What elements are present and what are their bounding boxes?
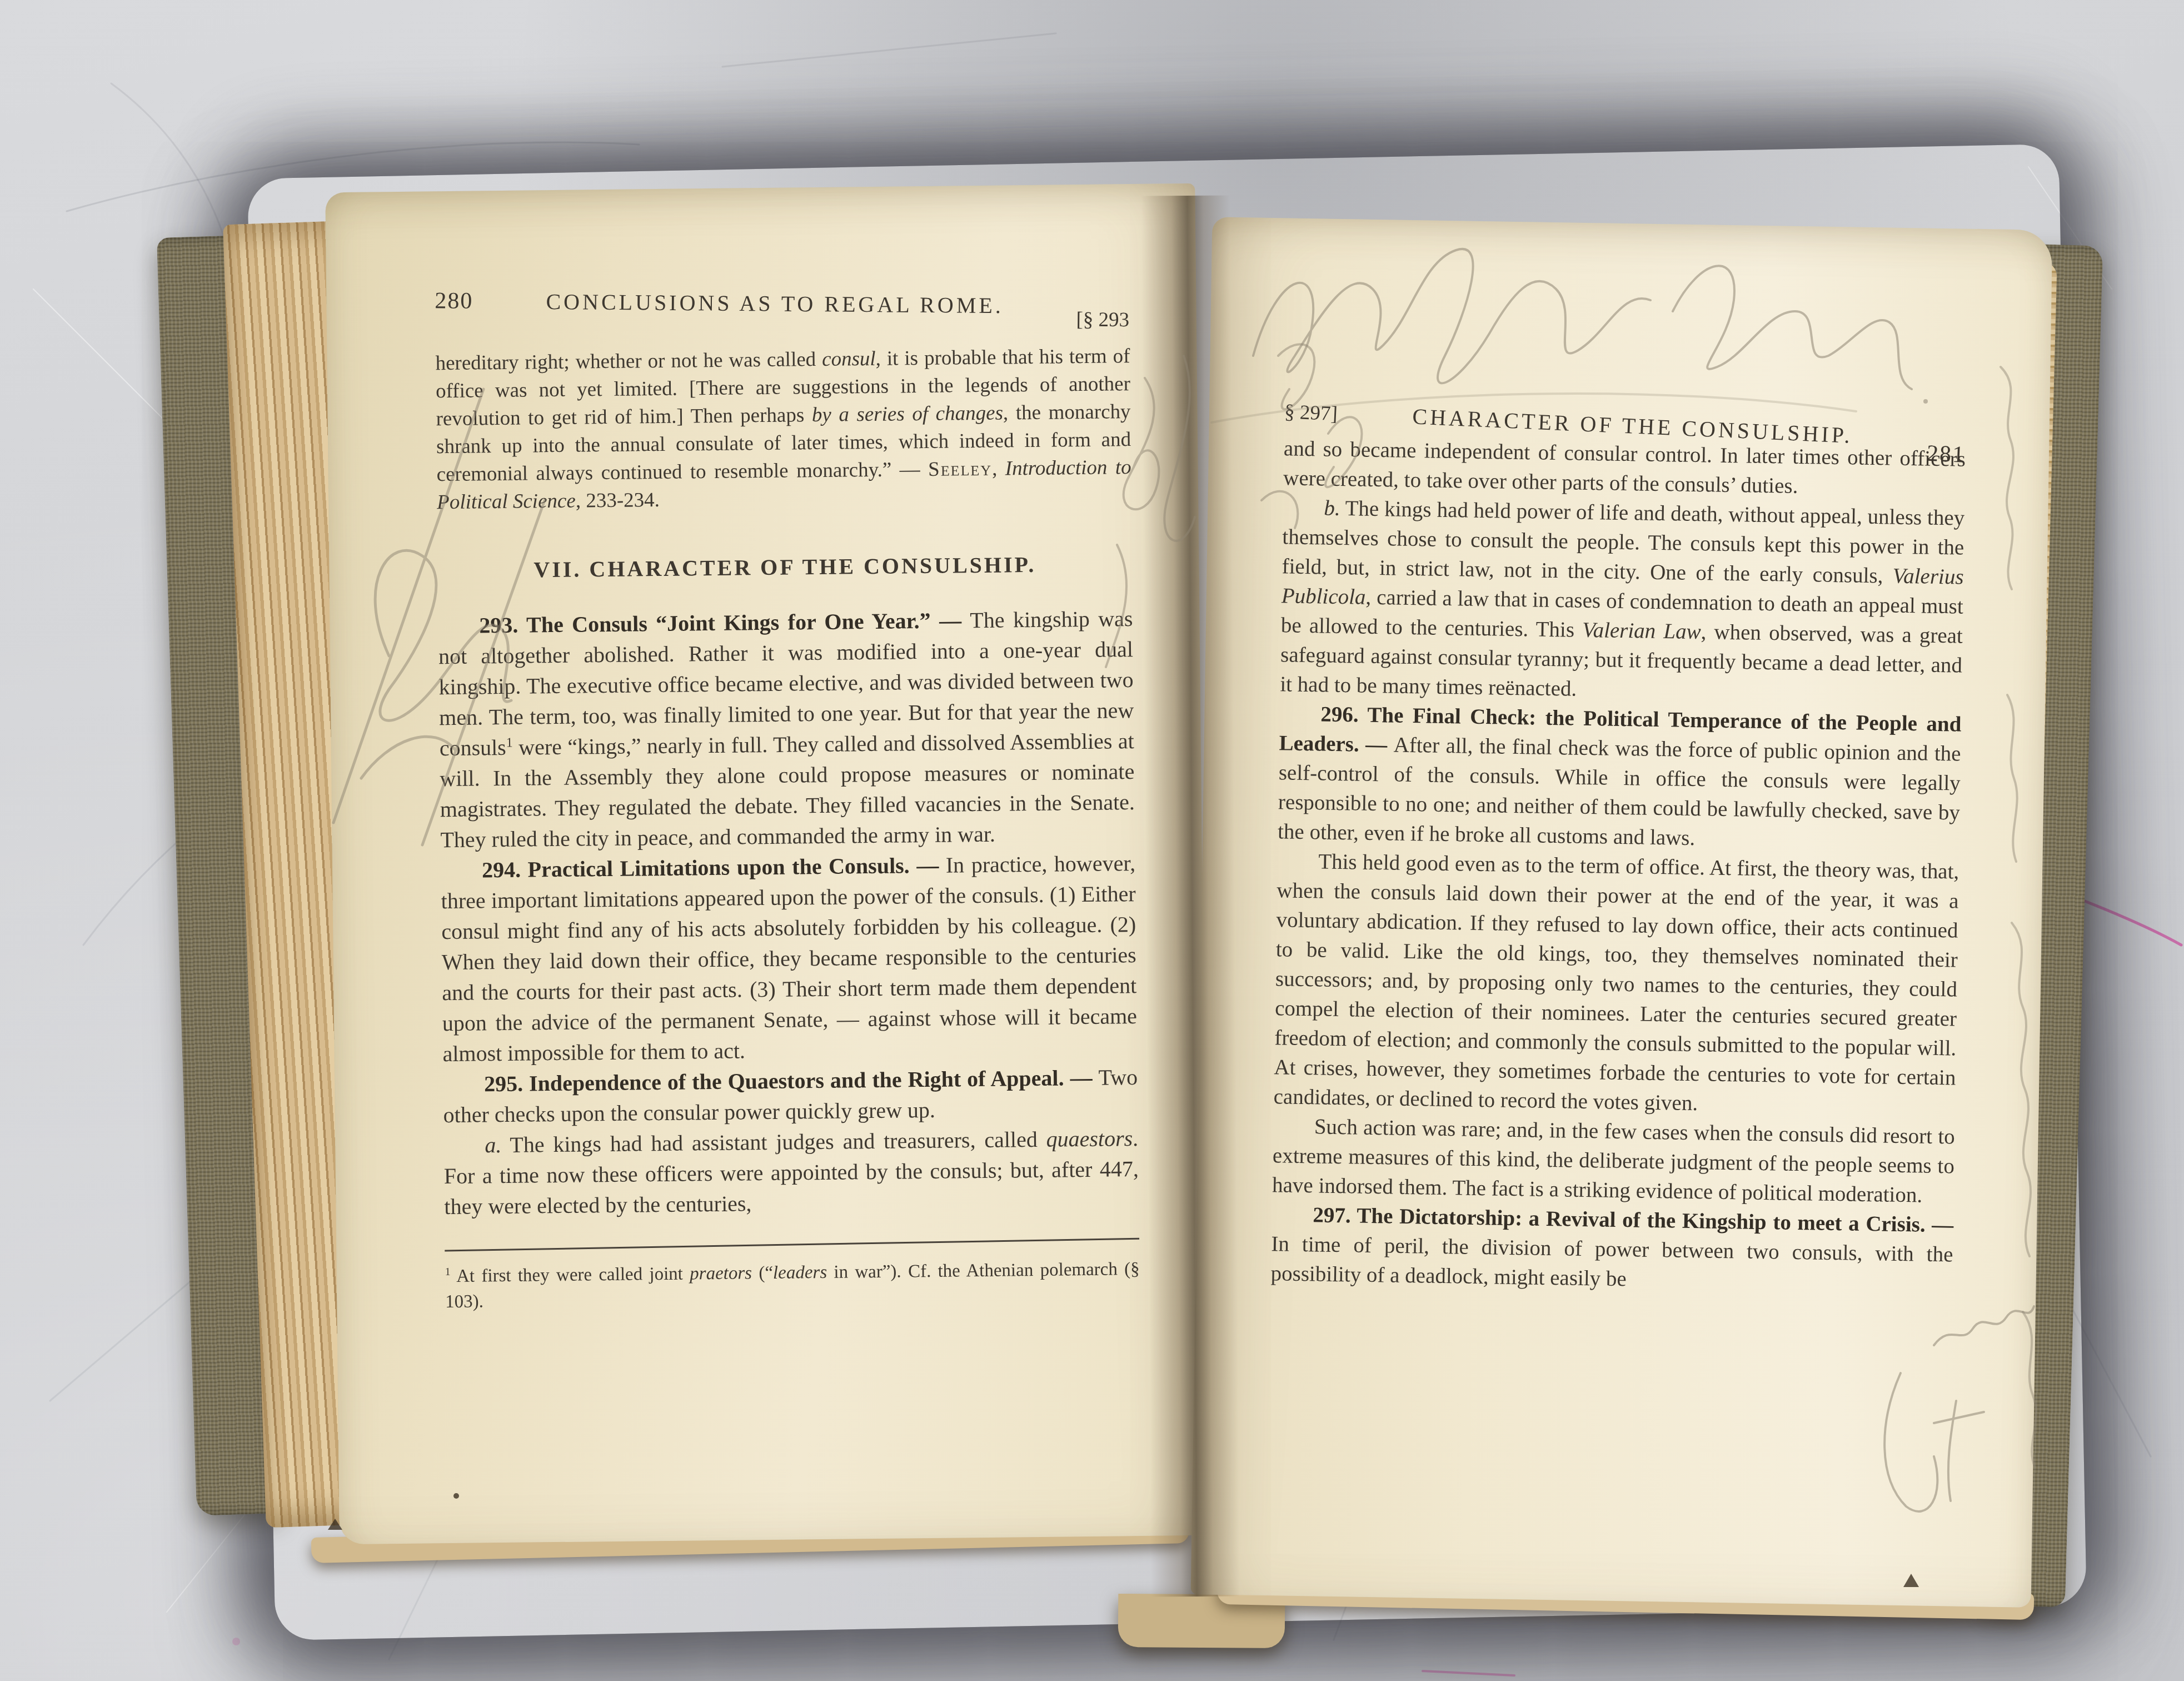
page-flaws bbox=[328, 1493, 1919, 1587]
pencil-annotation-left-margin bbox=[333, 389, 545, 845]
pencil-annotation-gutter bbox=[1106, 344, 1362, 667]
photo-background: 280 CONCLUSIONS AS TO REGAL ROME. [§ 293… bbox=[0, 0, 2184, 1681]
pencil-annotations bbox=[0, 0, 2184, 1681]
pencil-annotation-right-margin bbox=[2001, 367, 2036, 1468]
pencil-annotation-top bbox=[1211, 249, 1928, 422]
pencil-annotation-initials bbox=[1884, 1306, 2034, 1511]
